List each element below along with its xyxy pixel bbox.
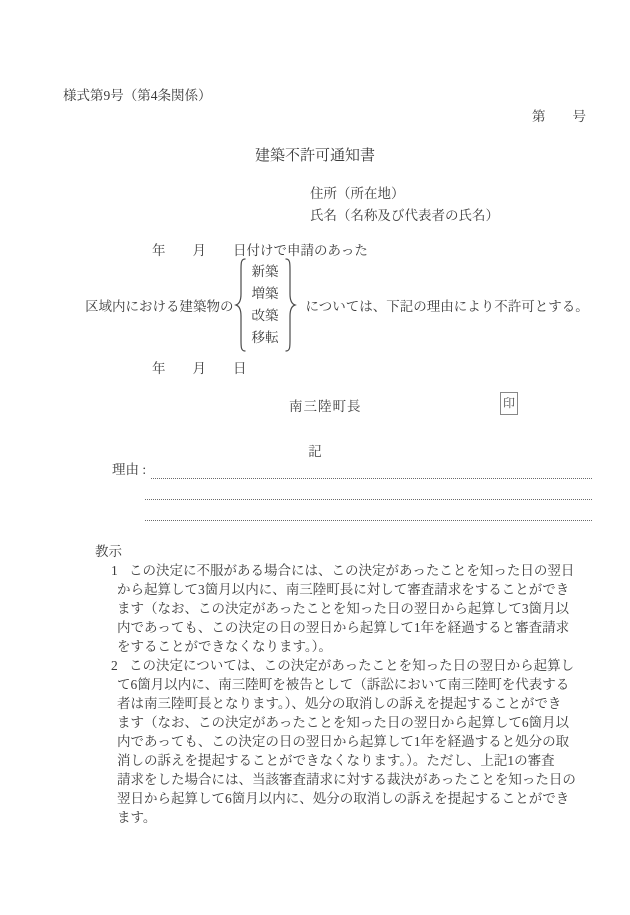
guidance-line: をすることができなくなります。）。 [117,637,576,656]
guidance-section: 教示 1この決定に不服がある場合には、この決定があったことを知った日の翌日 から… [95,542,576,827]
guidance-item-number: 1 [111,561,129,580]
guidance-line: 請求をした場合には、当該審査請求に対する裁決があったことを知った日の [117,770,576,789]
decision-suffix-text: については、下記の理由により不許可とする。 [306,295,589,315]
left-brace-icon [234,258,247,352]
guidance-item-number: 2 [111,656,129,675]
recipient-address-label: 住所（所在地） [310,183,499,205]
work-type-item: 新築 [252,261,279,283]
work-type-item: 増築 [252,283,279,305]
guidance-line: 翌日から起算して6箇月以内に、処分の取消しの訴えを提起することができ [117,789,576,808]
seal-box: 印 [500,392,518,415]
zone-prefix-text: 区域内における建築物の [85,295,234,315]
decision-sentence: 区域内における建築物の 新築 増築 改築 移転 については、下記の理由により不許… [85,258,589,352]
document-page: 様式第9号（第4条関係） 第 号 建築不許可通知書 住所（所在地） 氏名（名称及… [0,0,630,915]
recipient-name-label: 氏名（名称及び代表者の氏名） [310,205,499,227]
guidance-line: 内であっても、この決定の日の翌日から起算して1年を経過すると審査請求 [117,618,576,637]
record-mark: 記 [0,440,630,460]
application-date-line: 年 月 日付けで申請のあった [152,239,368,259]
mayor-name: 南三陸町長 [289,395,362,415]
guidance-line: 者は南三陸町長となります。）、処分の取消しの訴えを提起することができ [117,694,576,713]
reason-section: 理由 : [112,459,592,521]
reason-fill-line-2 [145,479,592,500]
guidance-line: ます（なお、この決定があったことを知った日の翌日から起算して6箇月以 [117,713,576,732]
guidance-line: ます。 [117,808,576,827]
work-type-item: 移転 [252,327,279,349]
reason-fill-line-1 [151,460,592,479]
form-number: 様式第9号（第4条関係） [63,84,212,104]
guidance-line: ます（なお、この決定があったことを知った日の翌日から起算して3箇月以 [117,599,576,618]
guidance-line: 内であっても、この決定の日の翌日から起算して1年を経過すると処分の取 [117,732,576,751]
guidance-line: この決定に不服がある場合には、この決定があったことを知った日の翌日 [129,563,574,578]
decision-date-line: 年 月 日 [152,357,247,377]
page-title: 建築不許可通知書 [0,144,630,165]
reason-label: 理由 : [112,461,151,479]
reason-fill-line-3 [145,500,592,521]
guidance-item-2: 2この決定については、この決定があったことを知った日の翌日から起算し て6箇月以… [95,656,576,827]
work-type-item: 改築 [252,305,279,327]
guidance-line: 消しの訴えを提起することができなくなります。）。ただし、上記1の審査 [117,751,576,770]
guidance-line: て6箇月以内に、南三陸町を被告として（訴訟において南三陸町を代表する [117,675,576,694]
seal-label: 印 [503,396,515,410]
guidance-line: から起算して3箇月以内に、南三陸町長に対して審査請求をすることができ [117,580,576,599]
doc-number: 第 号 [532,105,586,125]
guidance-item-1: 1この決定に不服がある場合には、この決定があったことを知った日の翌日 から起算し… [95,561,576,656]
recipient-block: 住所（所在地） 氏名（名称及び代表者の氏名） [310,183,499,227]
work-type-list: 新築 増築 改築 移転 [247,261,284,349]
guidance-heading: 教示 [95,542,576,561]
right-brace-icon [284,258,297,352]
guidance-line: この決定については、この決定があったことを知った日の翌日から起算し [129,658,574,673]
